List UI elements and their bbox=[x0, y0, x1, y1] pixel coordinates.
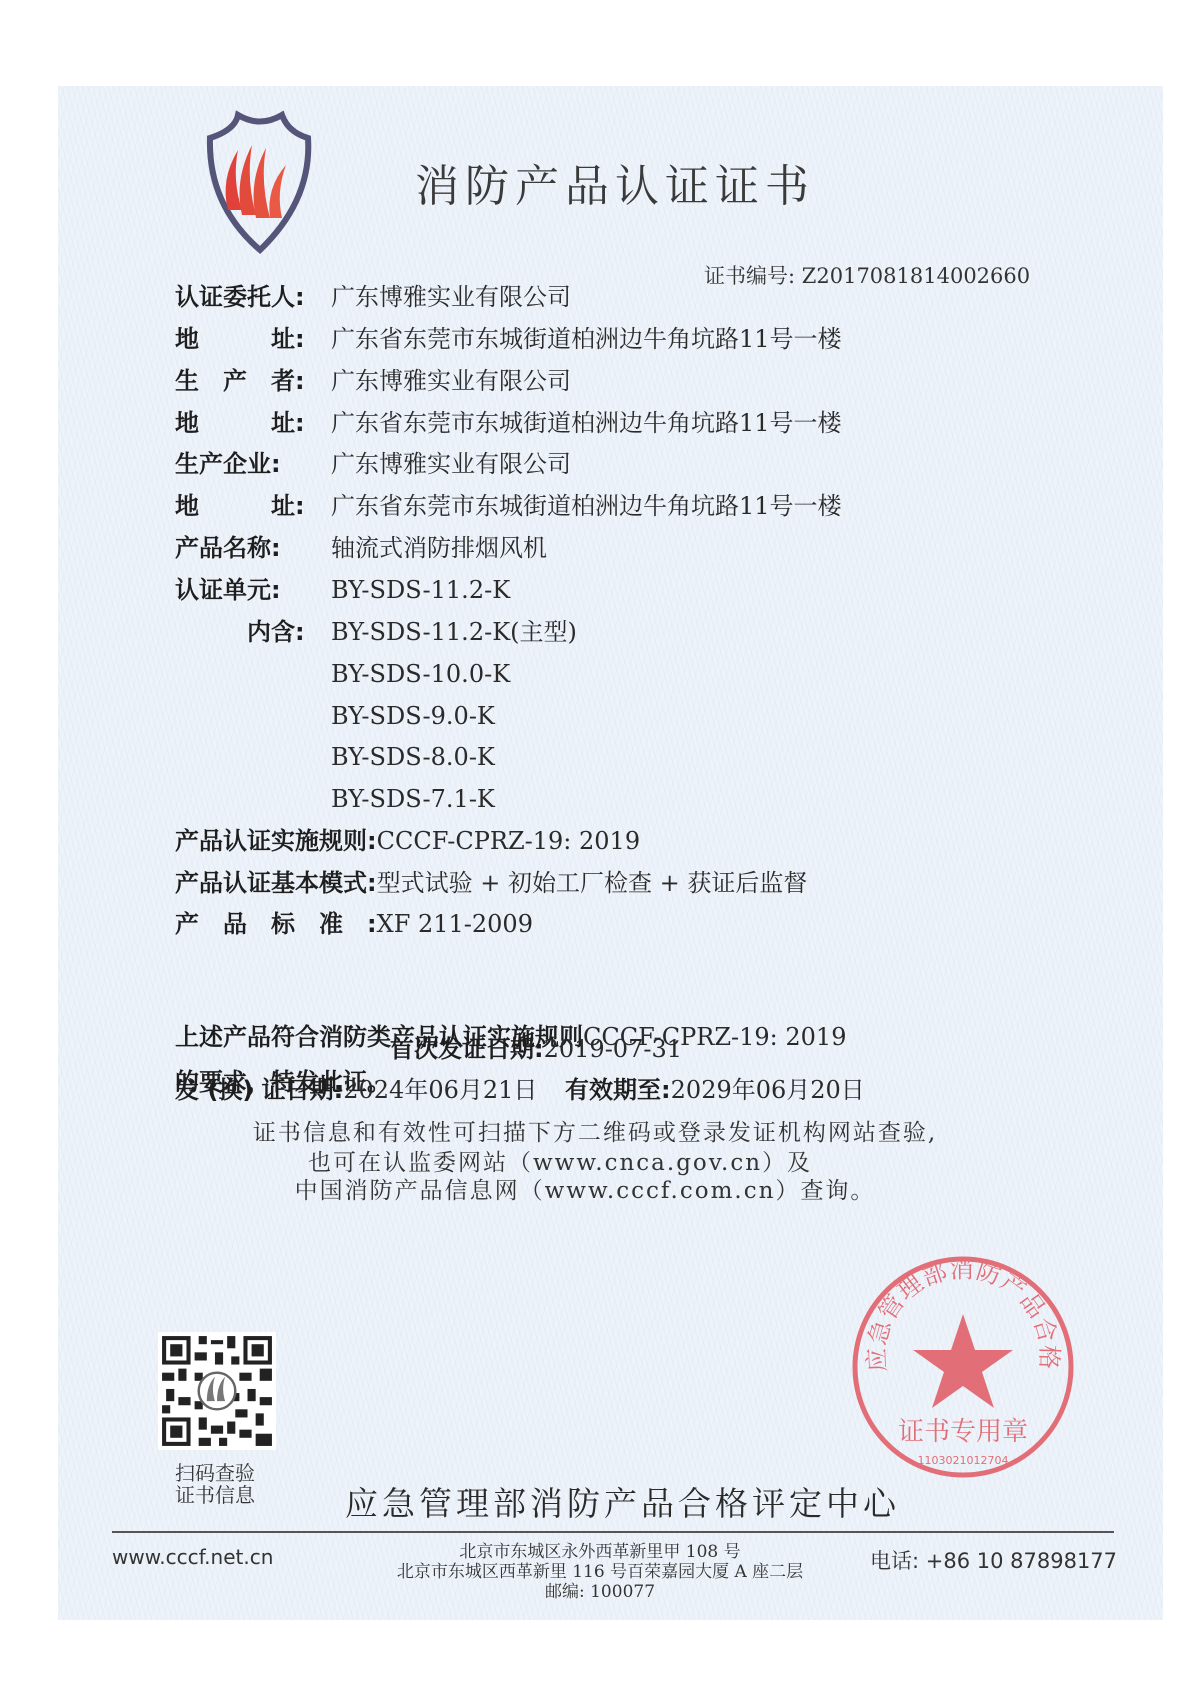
qr-caption: 扫码查验 证书信息 bbox=[175, 1462, 255, 1506]
field-value: 广东省东莞市东城街道柏洲边牛角坑路11号一楼 bbox=[331, 325, 842, 353]
footer-address-2: 北京市东城区西革新里 116 号百荣嘉园大厦 A 座二层 bbox=[370, 1562, 830, 1582]
footer-phone: 电话: +86 10 87898177 bbox=[870, 1545, 1117, 1575]
first-issue-value: 2019-07-31 bbox=[544, 1035, 682, 1063]
fire-shield-logo-icon bbox=[200, 110, 315, 255]
field-manufacturer: 生产企业:广东博雅实业有限公司 bbox=[175, 447, 571, 481]
issue-validity-dates: 发 (换) 证日期:2024年06月21日 有效期至:2029年06月20日 bbox=[175, 1073, 865, 1107]
qr-caption-line: 证书信息 bbox=[175, 1484, 255, 1506]
cert-no-label: 证书编号: bbox=[704, 264, 795, 288]
field-label: 认证单元: bbox=[175, 573, 331, 607]
qr-caption-line: 扫码查验 bbox=[175, 1462, 255, 1484]
cert-no-value: Z2017081814002660 bbox=[802, 264, 1030, 288]
field-label: 地 址: bbox=[175, 489, 331, 523]
verify-note-line-1: 证书信息和有效性可扫描下方二维码或登录发证机构网站查验, bbox=[0, 1118, 1190, 1148]
field-value: 广东博雅实业有限公司 bbox=[331, 450, 571, 478]
footer-divider bbox=[112, 1531, 1114, 1533]
includes-label: 内含: bbox=[247, 615, 305, 649]
field-label: 产品名称: bbox=[175, 531, 331, 565]
valid-until-value: 2029年06月20日 bbox=[671, 1076, 865, 1104]
first-issue-label: 首次发证日期: bbox=[390, 1032, 544, 1066]
field-label: 生 产 者: bbox=[175, 364, 331, 398]
issue-date-value: 2024年06月21日 bbox=[343, 1076, 537, 1104]
field-client-address: 地 址:广东省东莞市东城街道柏洲边牛角坑路11号一楼 bbox=[175, 322, 842, 356]
verify-note-line-2: 也可在认监委网站（www.cnca.gov.cn）及 bbox=[0, 1148, 1155, 1178]
field-label: 产品认证实施规则: bbox=[175, 824, 377, 858]
field-label: 认证委托人: bbox=[175, 280, 331, 314]
seal-center-text: 证书专用章 bbox=[898, 1417, 1028, 1447]
field-value: 轴流式消防排烟风机 bbox=[331, 534, 547, 562]
footer-website-link[interactable]: www.cccf.net.cn bbox=[112, 1545, 273, 1569]
field-impl-rule: 产品认证实施规则:CCCF-CPRZ-19: 2019 bbox=[175, 824, 640, 858]
field-value: 广东博雅实业有限公司 bbox=[331, 367, 571, 395]
field-value: CCCF-CPRZ-19: 2019 bbox=[377, 827, 640, 855]
field-producer: 生 产 者:广东博雅实业有限公司 bbox=[175, 364, 571, 398]
field-client: 认证委托人:广东博雅实业有限公司 bbox=[175, 280, 571, 314]
footer-postcode: 邮编: 100077 bbox=[370, 1582, 830, 1602]
verify-note-line-3: 中国消防产品信息网（www.cccf.com.cn）查询。 bbox=[0, 1176, 1180, 1206]
seal-number: 1103021012704 bbox=[918, 1454, 1009, 1467]
model-item: BY-SDS-10.0-K bbox=[331, 657, 510, 691]
certificate-title: 消防产品认证证书 bbox=[415, 150, 815, 214]
issuing-organization: 应急管理部消防产品合格评定中心 bbox=[345, 1478, 900, 1525]
field-cert-unit: 认证单元:BY-SDS-11.2-K bbox=[175, 573, 510, 607]
qr-code-icon[interactable] bbox=[158, 1332, 276, 1450]
field-label: 生产企业: bbox=[175, 447, 331, 481]
field-value: 型式试验 + 初始工厂检查 + 获证后监督 bbox=[377, 869, 808, 897]
field-value: 广东博雅实业有限公司 bbox=[331, 283, 571, 311]
valid-until-label: 有效期至: bbox=[565, 1073, 671, 1107]
field-label: 地 址: bbox=[175, 322, 331, 356]
model-item: BY-SDS-11.2-K(主型) bbox=[331, 615, 577, 649]
field-standard: 产 品 标 准 :XF 211-2009 bbox=[175, 907, 533, 941]
field-label: 地 址: bbox=[175, 406, 331, 440]
issue-date-label: 发 (换) 证日期: bbox=[175, 1073, 343, 1107]
field-value: 广东省东莞市东城街道柏洲边牛角坑路11号一楼 bbox=[331, 492, 842, 520]
field-product-name: 产品名称:轴流式消防排烟风机 bbox=[175, 531, 547, 565]
footer-address-1: 北京市东城区永外西革新里甲 108 号 bbox=[370, 1542, 830, 1562]
field-label: 产品认证基本模式: bbox=[175, 866, 377, 900]
field-basic-mode: 产品认证基本模式:型式试验 + 初始工厂检查 + 获证后监督 bbox=[175, 866, 807, 900]
model-item: BY-SDS-7.1-K bbox=[331, 782, 495, 816]
first-issue-date: 首次发证日期:2019-07-31 bbox=[390, 1032, 682, 1066]
field-value: XF 211-2009 bbox=[377, 910, 533, 938]
field-manufacturer-address: 地 址:广东省东莞市东城街道柏洲边牛角坑路11号一楼 bbox=[175, 489, 842, 523]
model-list: 内含: BY-SDS-11.2-K(主型) BY-SDS-10.0-K BY-S… bbox=[175, 615, 775, 649]
field-label: 产 品 标 准 : bbox=[175, 907, 377, 941]
model-item: BY-SDS-8.0-K bbox=[331, 740, 495, 774]
field-producer-address: 地 址:广东省东莞市东城街道柏洲边牛角坑路11号一楼 bbox=[175, 406, 842, 440]
model-item: BY-SDS-9.0-K bbox=[331, 699, 495, 733]
official-seal-stamp-icon: 应急管理部消防产品合格评定中心 证书专用章 1103021012704 bbox=[848, 1252, 1078, 1482]
field-value: BY-SDS-11.2-K bbox=[331, 576, 510, 604]
field-value: 广东省东莞市东城街道柏洲边牛角坑路11号一楼 bbox=[331, 409, 842, 437]
certificate-number: 证书编号: Z2017081814002660 bbox=[704, 260, 1030, 290]
